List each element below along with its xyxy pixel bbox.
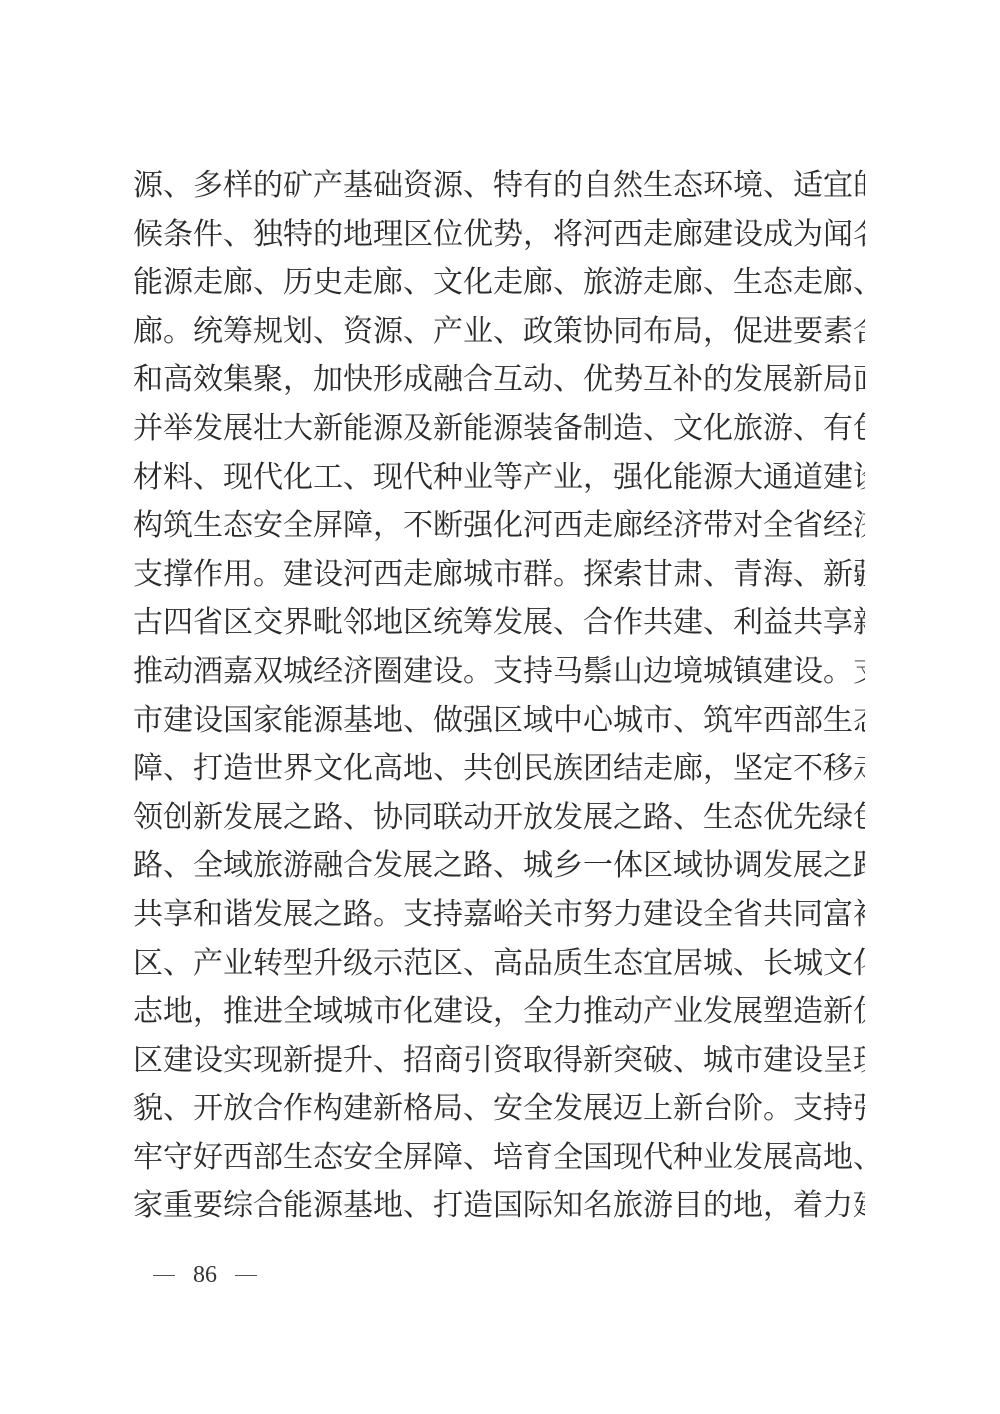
text-line: 志地，推进全域城市化建设，全力推动产业发展塑造新优势、园: [133, 988, 865, 1037]
text-line: 共享和谐发展之路。支持嘉峪关市努力建设全省共同富裕先行: [133, 891, 865, 940]
text-line: 领创新发展之路、协同联动开放发展之路、生态优先绿色发展之: [133, 794, 865, 843]
text-line: 家重要综合能源基地、打造国际知名旅游目的地，着力建设美丽: [133, 1182, 865, 1231]
text-line: 市建设国家能源基地、做强区域中心城市、筑牢西部生态安全屏: [133, 697, 865, 746]
dash-left: [153, 1275, 175, 1277]
text-line: 古四省区交界毗邻地区统筹发展、合作共建、利益共享新模式。: [133, 599, 865, 648]
dash-right: [235, 1275, 257, 1277]
text-line: 路、全域旅游融合发展之路、城乡一体区域协调发展之路、普惠: [133, 842, 865, 891]
text-line: 源、多样的矿产基础资源、特有的自然生态环境、适宜的区域气: [133, 162, 865, 211]
text-line: 能源走廊、历史走廊、文化走廊、旅游走廊、生态走廊、绿色走: [133, 259, 865, 308]
body-text: 源、多样的矿产基础资源、特有的自然生态环境、适宜的区域气 候条件、独特的地理区位…: [133, 162, 865, 1231]
text-line: 构筑生态安全屏障，不断强化河西走廊经济带对全省经济发展的: [133, 502, 865, 551]
document-page: 源、多样的矿产基础资源、特有的自然生态环境、适宜的区域气 候条件、独特的地理区位…: [0, 0, 1000, 1414]
text-line: 和高效集聚，加快形成融合互动、优势互补的发展新局面。多措: [133, 356, 865, 405]
page-number-value: 86: [193, 1262, 217, 1289]
text-line: 障、打造世界文化高地、共创民族团结走廊，坚定不移走产业引: [133, 745, 865, 794]
page-number: 86: [153, 1262, 257, 1289]
text-line: 貌、开放合作构建新格局、安全发展迈上新台阶。支持张掖市筑: [133, 1085, 865, 1134]
text-line: 区、产业转型升级示范区、高品质生态宜居城、长城文化重要标: [133, 940, 865, 989]
text-line: 并举发展壮大新能源及新能源装备制造、文化旅游、有色冶金新: [133, 405, 865, 454]
text-line: 廊。统筹规划、资源、产业、政策协同布局，促进要素合理流动: [133, 308, 865, 357]
text-line: 候条件、独特的地理区位优势，将河西走廊建设成为闻名世界的: [133, 211, 865, 260]
text-line: 支撑作用。建设河西走廊城市群。探索甘肃、青海、新疆、内蒙: [133, 551, 865, 600]
text-line: 材料、现代化工、现代种业等产业，强化能源大通道建设，着力: [133, 454, 865, 503]
text-line: 推动酒嘉双城经济圈建设。支持马鬃山边境城镇建设。支持酒泉: [133, 648, 865, 697]
text-line: 区建设实现新提升、招商引资取得新突破、城市建设呈现新面: [133, 1037, 865, 1086]
text-line: 牢守好西部生态安全屏障、培育全国现代种业发展高地、建设国: [133, 1134, 865, 1183]
